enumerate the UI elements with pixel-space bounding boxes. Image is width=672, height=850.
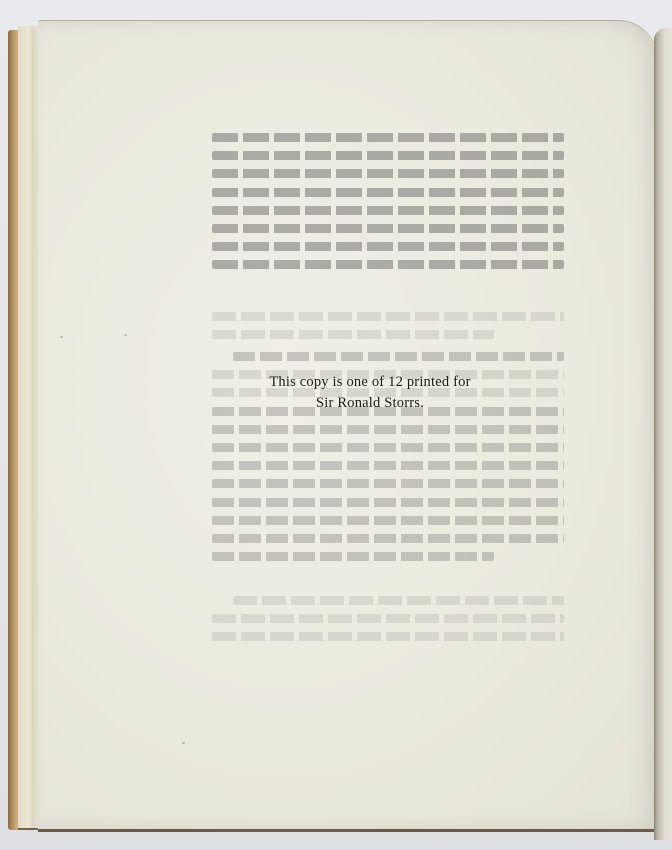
ghost-text-line [212, 443, 564, 452]
paper-speck [124, 334, 127, 336]
show-through-paragraph-1 [212, 133, 564, 279]
show-through-paragraph-4 [212, 596, 564, 651]
show-through-paragraph-2 [212, 312, 564, 348]
ghost-text-line [212, 534, 564, 543]
paper-speck [60, 336, 63, 338]
ghost-text-line [212, 498, 564, 507]
paper-speck [182, 742, 185, 744]
ghost-text-line [212, 312, 564, 321]
ghost-text-line [212, 260, 564, 269]
ghost-text-line [212, 224, 564, 233]
ghost-text-line [212, 206, 564, 215]
ghost-text-line [233, 596, 564, 605]
ghost-text-line [212, 614, 564, 623]
facing-page-edge [654, 28, 672, 840]
ghost-text-line [212, 169, 564, 178]
limitation-notice: This copy is one of 12 printed for Sir R… [220, 372, 520, 414]
ghost-text-line [212, 330, 494, 339]
limitation-notice-line-1: This copy is one of 12 printed for [220, 372, 520, 393]
ghost-text-line [212, 479, 564, 488]
ghost-text-line [212, 133, 564, 142]
ghost-text-line [212, 552, 494, 561]
ghost-text-line [212, 461, 564, 470]
ghost-text-line [212, 151, 564, 160]
ghost-text-line [212, 425, 564, 434]
ghost-text-line [212, 188, 564, 197]
ghost-text-line [212, 632, 564, 641]
ghost-text-line [233, 352, 564, 361]
limitation-notice-line-2: Sir Ronald Storrs. [220, 393, 520, 414]
ghost-text-line [212, 516, 564, 525]
ghost-text-line [212, 242, 564, 251]
